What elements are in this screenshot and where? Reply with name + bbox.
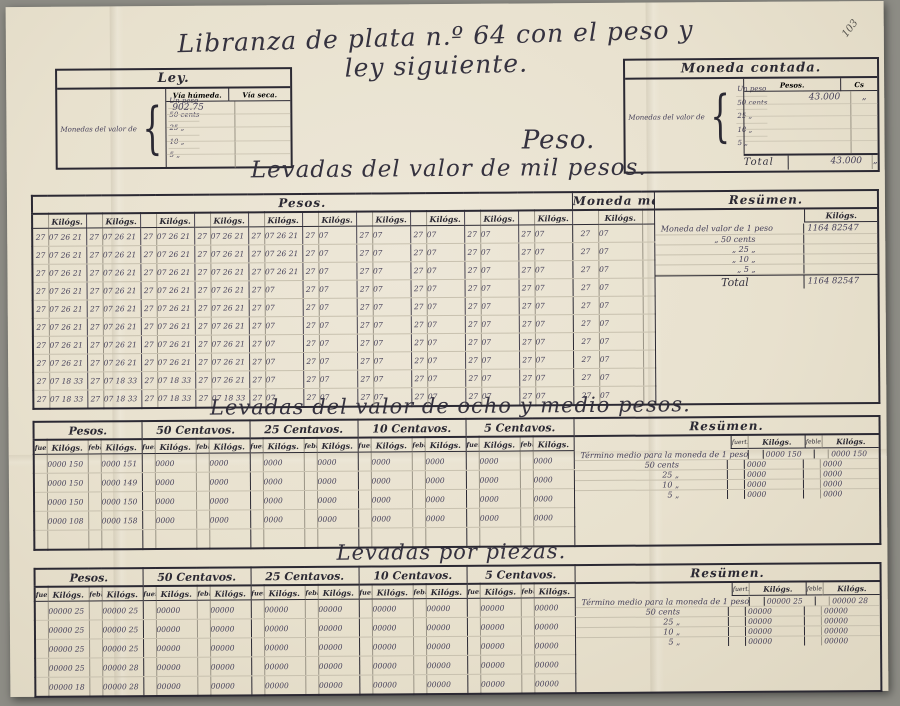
feble-weight-cell: 0000 xyxy=(317,509,358,528)
resumen-header: Resümen. xyxy=(574,416,880,436)
weight-prefix-cell: 27 xyxy=(194,245,210,263)
weight-cell: 07 xyxy=(265,317,303,335)
weight-prefix-cell: 27 xyxy=(357,316,373,334)
fuerte-weight-cell: 0000 xyxy=(479,508,520,527)
resumen-feble-value: 0000 xyxy=(820,468,879,477)
weight-cell: 07 26 21 xyxy=(103,318,141,336)
weight-prefix-cell: 27 xyxy=(302,262,318,280)
weight-cell: 07 26 21 xyxy=(210,263,248,281)
weight-prefix-cell: 27 xyxy=(87,318,103,336)
group-header: 10 Centavos. xyxy=(359,566,467,585)
weight-cell: 07 xyxy=(481,369,519,387)
menuda-prefix-cell: 27 xyxy=(573,314,599,332)
weight-cell: 07 xyxy=(318,244,356,262)
weight-cell: 07 xyxy=(480,243,518,261)
menuda-prefix-cell: 27 xyxy=(573,296,599,314)
menuda-weight-cell: 07 xyxy=(599,314,643,332)
fuerte-weight-cell: 0000 108 xyxy=(47,511,88,530)
kilos-header: Kilógs. xyxy=(823,582,880,595)
group-header: Pesos. xyxy=(33,421,141,440)
weight-prefix-cell: 27 xyxy=(357,388,373,407)
weight-prefix-cell: 27 xyxy=(141,390,157,409)
fuerte-weight-cell: 0000 150 xyxy=(47,492,88,511)
weight-cell: 07 xyxy=(265,335,303,353)
feble-weight-cell: 00000 25 xyxy=(102,620,143,639)
weight-cell: 07 xyxy=(319,388,357,407)
kilos-header: Kilógs. xyxy=(749,583,806,596)
moneda-total-pesos: 43.000 xyxy=(788,155,872,170)
resumen-label: 25 „ xyxy=(576,617,729,627)
menuda-weight-cell: 07 xyxy=(598,242,642,260)
fuerte-weight-cell: 00000 xyxy=(264,675,305,695)
weight-cell: 07 xyxy=(535,351,573,369)
feble-weight-cell: 0000 xyxy=(317,452,358,471)
resumen-label: 10 „ xyxy=(576,627,729,637)
levadas-ocho-medio-table: Pesos.50 Centavos.25 Centavos.10 Centavo… xyxy=(32,415,881,551)
ley-value: 902.75 xyxy=(166,101,234,115)
fuerte-weight-cell: 00000 xyxy=(372,637,413,656)
group-header: 50 Centavos. xyxy=(142,420,250,439)
moneda-box-title: Moneda contada. xyxy=(625,59,877,80)
weight-prefix-cell: 27 xyxy=(248,245,264,263)
weight-cell: 07 26 21 xyxy=(49,354,87,372)
resumen-label: 5 „ xyxy=(576,637,729,647)
photo-backdrop: 103 Libranza de plata n.º 64 con el peso… xyxy=(0,0,900,706)
feble-weight-cell: 00000 xyxy=(426,674,467,694)
weight-prefix-cell: 27 xyxy=(33,300,49,318)
weight-prefix-cell: 27 xyxy=(194,263,210,281)
resumen-label: 25 „ xyxy=(575,470,728,480)
kilos-header: Kilógs. xyxy=(209,438,250,453)
kilos-header: Kilógs. xyxy=(480,583,521,598)
resumen-label: Término medio para la moneda de 1 peso xyxy=(574,449,748,459)
weight-cell: 07 xyxy=(534,261,572,279)
weight-cell: 07 xyxy=(480,225,518,243)
kilos-header: Kilógs. xyxy=(748,436,805,449)
weight-prefix-cell: 27 xyxy=(411,280,427,298)
weight-cell: 07 18 33 xyxy=(49,390,87,409)
weight-cell: 07 xyxy=(427,351,465,369)
ley-box-title: Ley. xyxy=(57,69,290,90)
group-header: 50 Centavos. xyxy=(143,567,251,586)
feble-weight-cell: 00000 xyxy=(534,636,575,655)
feble-weight-cell: 0000 xyxy=(317,471,358,490)
weight-cell: 07 xyxy=(535,315,573,333)
resumen-value xyxy=(803,243,877,253)
resumen-label: „ 10 „ xyxy=(655,254,804,264)
weight-prefix-cell: 27 xyxy=(410,244,426,262)
fuerte-weight-cell: 00000 xyxy=(156,638,197,657)
weight-prefix-cell: 27 xyxy=(249,371,265,389)
weight-cell: 07 xyxy=(373,388,411,407)
weight-prefix-cell: 27 xyxy=(411,388,427,407)
resumen-header: Resümen. xyxy=(575,563,881,583)
resumen-feble-value: 00000 xyxy=(821,615,880,624)
menuda-weight-cell: 07 xyxy=(599,386,643,405)
weight-prefix-cell: 27 xyxy=(518,243,534,261)
fuerte-weight-cell: 0000 xyxy=(263,453,304,472)
feble-weight-cell: 0000 xyxy=(209,510,250,529)
weight-cell: 07 26 21 xyxy=(156,245,194,263)
weight-prefix-cell: 27 xyxy=(195,299,211,317)
weight-cell: 07 26 21 xyxy=(102,264,140,282)
weight-cell: 07 26 21 xyxy=(156,263,194,281)
resumen-fuerte-value: 0000 xyxy=(744,489,803,498)
feble-weight-cell: 0000 151 xyxy=(101,454,142,473)
weight-cell: 07 xyxy=(372,226,410,244)
fuerte-weight-cell: 0000 xyxy=(155,453,196,472)
feble-header: feble. xyxy=(412,437,425,452)
weight-prefix-cell: 27 xyxy=(194,227,210,245)
resumen-fuerte-value: 00000 xyxy=(745,606,804,615)
kilos-header: Kilógs. xyxy=(822,435,879,448)
resumen-value: 1164 82547 xyxy=(803,222,877,233)
kilos-header: Kilógs. xyxy=(318,212,356,227)
brace-glyph: { xyxy=(143,98,163,158)
weight-cell: 07 26 21 xyxy=(264,227,302,245)
fuerte-weight-cell: 0000 xyxy=(263,510,304,529)
weight-cell: 07 26 21 xyxy=(103,300,141,318)
weight-prefix-cell: 27 xyxy=(411,334,427,352)
peso-heading: Peso. xyxy=(458,125,658,156)
fuerte-weight-cell: 00000 xyxy=(480,598,521,617)
fuerte-weight-cell: 00000 xyxy=(480,674,521,694)
ley-col-header-humeda: Vía húmeda. xyxy=(166,89,228,102)
fuerte-header: fuert. xyxy=(732,583,749,596)
weight-cell: 07 xyxy=(481,315,519,333)
weight-cell: 07 18 33 xyxy=(49,372,87,390)
fuerte-header: fuert. xyxy=(143,586,156,601)
moneda-cs-value xyxy=(850,104,877,116)
weight-prefix-cell: 27 xyxy=(464,243,480,261)
weight-cell: 07 xyxy=(481,297,519,315)
fuerte-header: fuert. xyxy=(358,438,371,453)
resumen-fuerte-value: 00000 xyxy=(745,636,804,645)
feble-weight-cell: 00000 25 xyxy=(102,639,143,658)
fuerte-weight-cell: 0000 xyxy=(479,451,520,470)
weight-cell: 07 26 21 xyxy=(211,371,249,389)
weight-prefix-cell: 27 xyxy=(33,318,49,336)
resumen-feble-value: 00000 28 xyxy=(829,595,880,604)
menuda-prefix-cell: 27 xyxy=(573,350,599,368)
moneda-col-header-pesos: Pesos. xyxy=(744,78,840,92)
feble-weight-cell: 0000 xyxy=(533,489,574,508)
fuerte-weight-cell: 00000 xyxy=(156,600,197,619)
kilos-header: Kilógs. xyxy=(426,211,464,226)
feble-weight-cell: 00000 xyxy=(534,674,575,694)
fuerte-header: fuert. xyxy=(142,439,155,454)
weight-cell: 07 xyxy=(534,243,572,261)
weight-prefix-cell: 27 xyxy=(465,279,481,297)
fuerte-weight-cell: 00000 xyxy=(264,618,305,637)
kilos-header: Kilógs. xyxy=(48,587,89,602)
feble-header: feble. xyxy=(197,586,210,601)
weight-cell: 07 26 21 xyxy=(210,227,248,245)
weight-cell: 07 xyxy=(535,369,573,387)
kilos-header: Kilógs. xyxy=(210,212,248,227)
weight-cell: 07 26 21 xyxy=(211,335,249,353)
feble-weight-cell: 00000 28 xyxy=(102,677,143,697)
weight-cell: 07 xyxy=(319,316,357,334)
resumen-fuerte-value: 0000 xyxy=(744,459,803,468)
fuerte-header: fuert. xyxy=(359,585,372,600)
feble-weight-cell: 00000 xyxy=(318,599,359,618)
weight-prefix-cell: 27 xyxy=(195,281,211,299)
weight-cell: 07 xyxy=(480,261,518,279)
weight-cell: 07 26 21 xyxy=(49,318,87,336)
moneda-value xyxy=(744,104,850,117)
weight-cell: 07 26 21 xyxy=(49,282,87,300)
weight-cell: 07 26 21 xyxy=(49,336,87,354)
feble-weight-cell: 00000 xyxy=(426,636,467,655)
resumen-label: 10 „ xyxy=(575,480,728,490)
weight-prefix-cell: 27 xyxy=(140,246,156,264)
weight-prefix-cell: 27 xyxy=(519,297,535,315)
weight-cell: 07 26 21 xyxy=(103,354,141,372)
weight-cell: 07 xyxy=(427,333,465,351)
weight-prefix-cell: 27 xyxy=(32,228,48,246)
weight-cell: 07 xyxy=(319,352,357,370)
weight-prefix-cell: 27 xyxy=(519,333,535,351)
fuerte-weight-cell xyxy=(479,527,520,547)
weight-prefix-cell: 27 xyxy=(195,371,211,389)
moneda-value-columns: Pesos. Cs 43.000„ xyxy=(743,78,878,154)
weight-prefix-cell: 27 xyxy=(87,336,103,354)
fuerte-header: fuert. xyxy=(731,436,748,449)
group-header: 5 Centavos. xyxy=(467,565,575,584)
kilos-header: Kilógs. xyxy=(264,585,305,600)
weight-cell: 07 xyxy=(372,244,410,262)
ley-value xyxy=(167,141,235,155)
weight-cell: 07 xyxy=(481,279,519,297)
menuda-weight-cell: 07 xyxy=(599,278,643,296)
ley-value xyxy=(166,128,234,142)
menuda-weight-cell: 07 xyxy=(599,260,643,278)
weight-cell: 07 xyxy=(426,261,464,279)
menuda-prefix-cell: 27 xyxy=(573,368,599,386)
weight-cell: 07 xyxy=(427,387,465,406)
kilos-header: Kilógs. xyxy=(371,437,412,452)
moneda-total-label: Total xyxy=(744,156,788,170)
weight-prefix-cell: 27 xyxy=(357,352,373,370)
feble-weight-cell: 00000 xyxy=(426,598,467,617)
weight-cell: 07 26 21 xyxy=(157,281,195,299)
menuda-weight-cell: 07 xyxy=(599,296,643,314)
moneda-cs-value xyxy=(851,141,878,153)
fuerte-weight-cell: 0000 xyxy=(263,491,304,510)
feble-weight-cell xyxy=(425,527,466,547)
weight-cell: 07 xyxy=(535,333,573,351)
feble-weight-cell: 0000 xyxy=(425,508,466,527)
feble-weight-cell: 0000 xyxy=(209,472,250,491)
weight-cell: 07 xyxy=(319,334,357,352)
feble-weight-cell: 00000 xyxy=(534,598,575,617)
weight-prefix-cell: 27 xyxy=(87,300,103,318)
weight-prefix-cell: 27 xyxy=(33,282,49,300)
moneda-cs-value xyxy=(850,128,877,140)
weight-cell: 07 xyxy=(427,279,465,297)
weight-prefix-cell: 27 xyxy=(249,281,265,299)
weight-cell: 07 26 21 xyxy=(157,317,195,335)
weight-cell: 07 xyxy=(318,262,356,280)
fuerte-weight-cell: 00000 xyxy=(480,655,521,674)
moneda-value xyxy=(744,116,850,129)
kilos-header: Kilógs. xyxy=(426,584,467,599)
fuerte-weight-cell: 0000 xyxy=(371,490,412,509)
weight-prefix-cell: 27 xyxy=(248,227,264,245)
moneda-col-header-cs: Cs xyxy=(840,78,877,91)
weight-cell: 07 18 33 xyxy=(211,389,249,408)
kilos-header: Kilógs. xyxy=(101,439,142,454)
fuerte-header: fuert. xyxy=(467,584,480,599)
resumen-label: „ 5 „ xyxy=(655,264,804,274)
weight-cell: 07 26 21 xyxy=(264,245,302,263)
kilos-header: Kilógs. xyxy=(534,210,572,225)
weight-prefix-cell: 27 xyxy=(87,390,103,409)
weight-cell: 07 26 21 xyxy=(157,353,195,371)
fuerte-weight-cell: 0000 xyxy=(371,452,412,471)
weight-prefix-cell: 27 xyxy=(518,261,534,279)
feble-header: feble. xyxy=(521,583,534,598)
fuerte-weight-cell: 00000 xyxy=(264,637,305,656)
weight-cell: 07 xyxy=(265,299,303,317)
resumen-label: „ 25 „ xyxy=(655,244,804,254)
weight-cell: 07 xyxy=(481,351,519,369)
fuerte-weight-cell xyxy=(263,529,304,549)
fuerte-weight-cell xyxy=(47,530,88,550)
weight-prefix-cell: 27 xyxy=(33,372,49,390)
menuda-prefix-cell: 27 xyxy=(572,224,598,242)
resumen-feble-value: 0000 xyxy=(820,458,879,467)
feble-header: feble. xyxy=(413,584,426,599)
feble-header: feble. xyxy=(89,586,102,601)
weight-prefix-cell: 27 xyxy=(86,264,102,282)
weight-cell: 07 26 21 xyxy=(48,264,86,282)
weight-cell: 07 26 21 xyxy=(48,246,86,264)
weight-cell: 07 26 21 xyxy=(102,228,140,246)
feble-weight-cell: 00000 xyxy=(426,655,467,674)
weight-prefix-cell: 27 xyxy=(249,317,265,335)
kilos-header: Kilógs. xyxy=(102,586,143,601)
weight-cell: 07 26 21 xyxy=(48,228,86,246)
feble-weight-cell: 00000 xyxy=(210,638,251,657)
resumen-row: 5 „0000000000 xyxy=(576,635,881,646)
resumen-total-row: Total1164 82547 xyxy=(655,273,878,289)
resumen-feble-value: 00000 xyxy=(821,635,880,644)
feble-weight-cell: 00000 xyxy=(210,619,251,638)
weight-cell: 07 xyxy=(373,280,411,298)
ley-value xyxy=(234,127,290,141)
weight-prefix-cell: 27 xyxy=(356,226,372,244)
weight-cell: 07 26 21 xyxy=(157,299,195,317)
feble-weight-cell: 00000 xyxy=(318,656,359,675)
feble-weight-cell: 00000 xyxy=(318,637,359,656)
kilos-header: Kilógs. xyxy=(479,436,520,451)
feble-weight-cell: 0000 xyxy=(533,508,574,527)
resumen-feble-value: 0000 xyxy=(820,478,879,487)
feble-weight-cell: 00000 xyxy=(210,676,251,696)
group-header: 25 Centavos. xyxy=(251,567,359,586)
weight-prefix-cell: 27 xyxy=(87,354,103,372)
fuerte-weight-cell: 0000 xyxy=(371,471,412,490)
fuerte-weight-cell: 00000 25 xyxy=(48,639,89,658)
weight-cell: 07 xyxy=(481,387,519,406)
fuerte-header: fuert. xyxy=(34,440,47,455)
feble-header: feble. xyxy=(520,436,533,451)
ley-box: Ley. Monedas del valor de { Un peso 50 c… xyxy=(55,67,293,170)
weight-prefix-cell: 27 xyxy=(141,354,157,372)
weight-prefix-cell: 27 xyxy=(32,246,48,264)
resumen-kilos-header: Kilógs. xyxy=(654,208,878,224)
weight-prefix-cell: 27 xyxy=(465,297,481,315)
resumen-fuerte-value: 0000 xyxy=(744,469,803,478)
weight-prefix-cell: 27 xyxy=(195,389,211,408)
menuda-prefix-cell: 27 xyxy=(573,332,599,350)
weight-prefix-cell: 27 xyxy=(86,228,102,246)
weight-cell: 07 xyxy=(373,298,411,316)
weight-prefix-cell: 27 xyxy=(195,335,211,353)
menuda-prefix-cell: 27 xyxy=(573,386,599,405)
weight-prefix-cell: 27 xyxy=(356,244,372,262)
weight-prefix-cell: 27 xyxy=(249,299,265,317)
resumen-fuerte-value: 00000 xyxy=(745,616,804,625)
weight-cell: 07 18 33 xyxy=(157,389,195,408)
weight-prefix-cell: 27 xyxy=(249,335,265,353)
mil-pesos-heading: Levadas del valor de mil pesos. xyxy=(219,154,679,183)
weight-prefix-cell: 27 xyxy=(465,387,481,406)
weight-prefix-cell: 27 xyxy=(519,387,535,406)
resumen-panel: Término medio para la moneda de 1 peso00… xyxy=(574,448,881,546)
weight-cell: 07 xyxy=(426,243,464,261)
feble-weight-cell: 0000 xyxy=(209,453,250,472)
resumen-label: Moneda del valor de 1 peso xyxy=(655,224,804,234)
weight-prefix-cell: 27 xyxy=(357,280,373,298)
weight-cell: 07 xyxy=(535,387,573,406)
weight-prefix-cell: 27 xyxy=(357,298,373,316)
feble-weight-cell: 0000 xyxy=(533,470,574,489)
resumen-fuerte-value: 0000 150 xyxy=(763,449,814,458)
fuerte-weight-cell: 00000 xyxy=(372,656,413,675)
fuerte-header: fuert. xyxy=(35,587,48,602)
weight-prefix-cell: 27 xyxy=(303,280,319,298)
moneda-total-cs: „ xyxy=(872,155,878,169)
ley-value xyxy=(166,115,234,129)
group-header: 25 Centavos. xyxy=(250,420,358,439)
resumen-header: Resümen. xyxy=(654,190,878,210)
fuerte-weight-cell: 0000 xyxy=(479,489,520,508)
fuerte-weight-cell xyxy=(371,528,412,548)
feble-header: feble. xyxy=(196,439,209,454)
feble-weight-cell: 0000 xyxy=(425,489,466,508)
weight-prefix-cell: 27 xyxy=(302,226,318,244)
weight-prefix-cell: 27 xyxy=(140,228,156,246)
ley-row-labels: Monedas del valor de { Un peso 50 cents … xyxy=(57,89,166,169)
weight-cell: 07 18 33 xyxy=(157,371,195,389)
fuerte-weight-cell: 00000 xyxy=(372,618,413,637)
resumen-value xyxy=(803,233,877,243)
feble-weight-cell: 00000 xyxy=(318,618,359,637)
weight-prefix-cell: 27 xyxy=(357,334,373,352)
kilos-header: Kilógs. xyxy=(264,212,302,227)
fuerte-weight-cell: 0000 xyxy=(155,510,196,529)
weight-cell: 07 18 33 xyxy=(103,390,141,409)
kilos-header: Kilógs. xyxy=(210,585,251,600)
kilos-header: Kilógs. xyxy=(804,209,877,223)
total-label: Total xyxy=(655,275,804,289)
fuerte-weight-cell: 0000 xyxy=(155,491,196,510)
weight-cell: 07 26 21 xyxy=(210,245,248,263)
fuerte-weight-cell: 0000 xyxy=(263,472,304,491)
